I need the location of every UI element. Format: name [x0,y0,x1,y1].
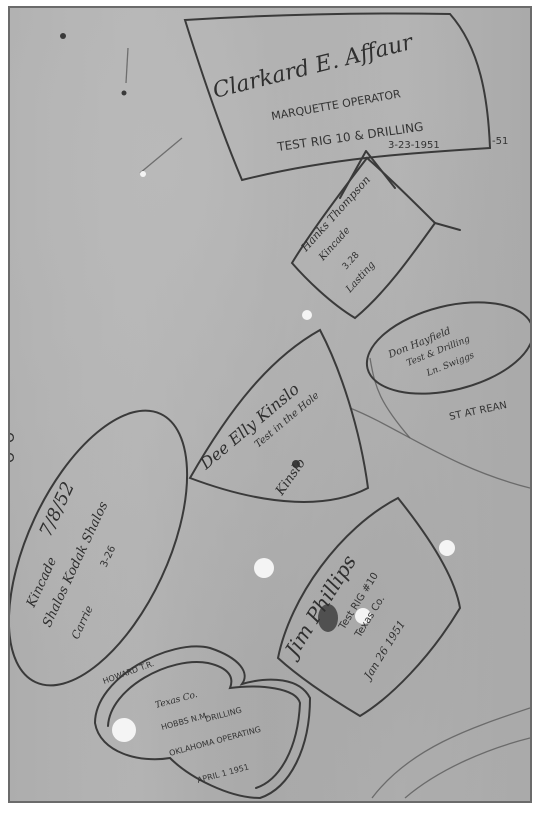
inscriptions-layer: Clarkard E. Affaur MARQUETTE OPERATOR TE… [10,8,530,801]
inscription-line: HOBBS N.M. [160,711,209,732]
inscription-center-triangle: Dee Elly Kinslo Test in the Hole Kinslo [190,330,368,502]
inscription-diamond: Hanks Thompson Kincade 3.28 Lasting [292,158,460,318]
inscription-line: 7/8/52 [35,479,79,540]
inscription-line: 3-26 [99,544,119,569]
inscription-top-right: Clarkard E. Affaur MARQUETTE OPERATOR TE… [185,13,508,198]
inscription-line: Kinslo [272,456,308,499]
left-margin-marks: O O [10,432,18,463]
inscription-line: Carrie [69,603,96,641]
inscription-line: HOWARD T.R. [102,659,156,686]
inscription-line: 3.28 [341,250,362,272]
margin-mark: O [10,452,18,463]
margin-mark: O [10,432,18,443]
inscription-line: 3-23-1951 [388,140,440,151]
inscription-line: OKLAHOMA OPERATING [168,725,262,758]
inscription-line: ST AT REAN [448,400,508,423]
inscription-line: APRIL 1 1951 [196,762,250,784]
inscription-line: -51 [492,136,508,147]
inscription-line: MARQUETTE OPERATOR [270,87,402,123]
wall-photo: Clarkard E. Affaur MARQUETTE OPERATOR TE… [8,6,532,803]
inscription-line: DRILLING [204,706,243,724]
inscription-phillips: Jim Phillips Test RIG #10 Texas Co. Jan … [278,498,460,716]
inscription-line: Texas Co. [154,690,199,711]
